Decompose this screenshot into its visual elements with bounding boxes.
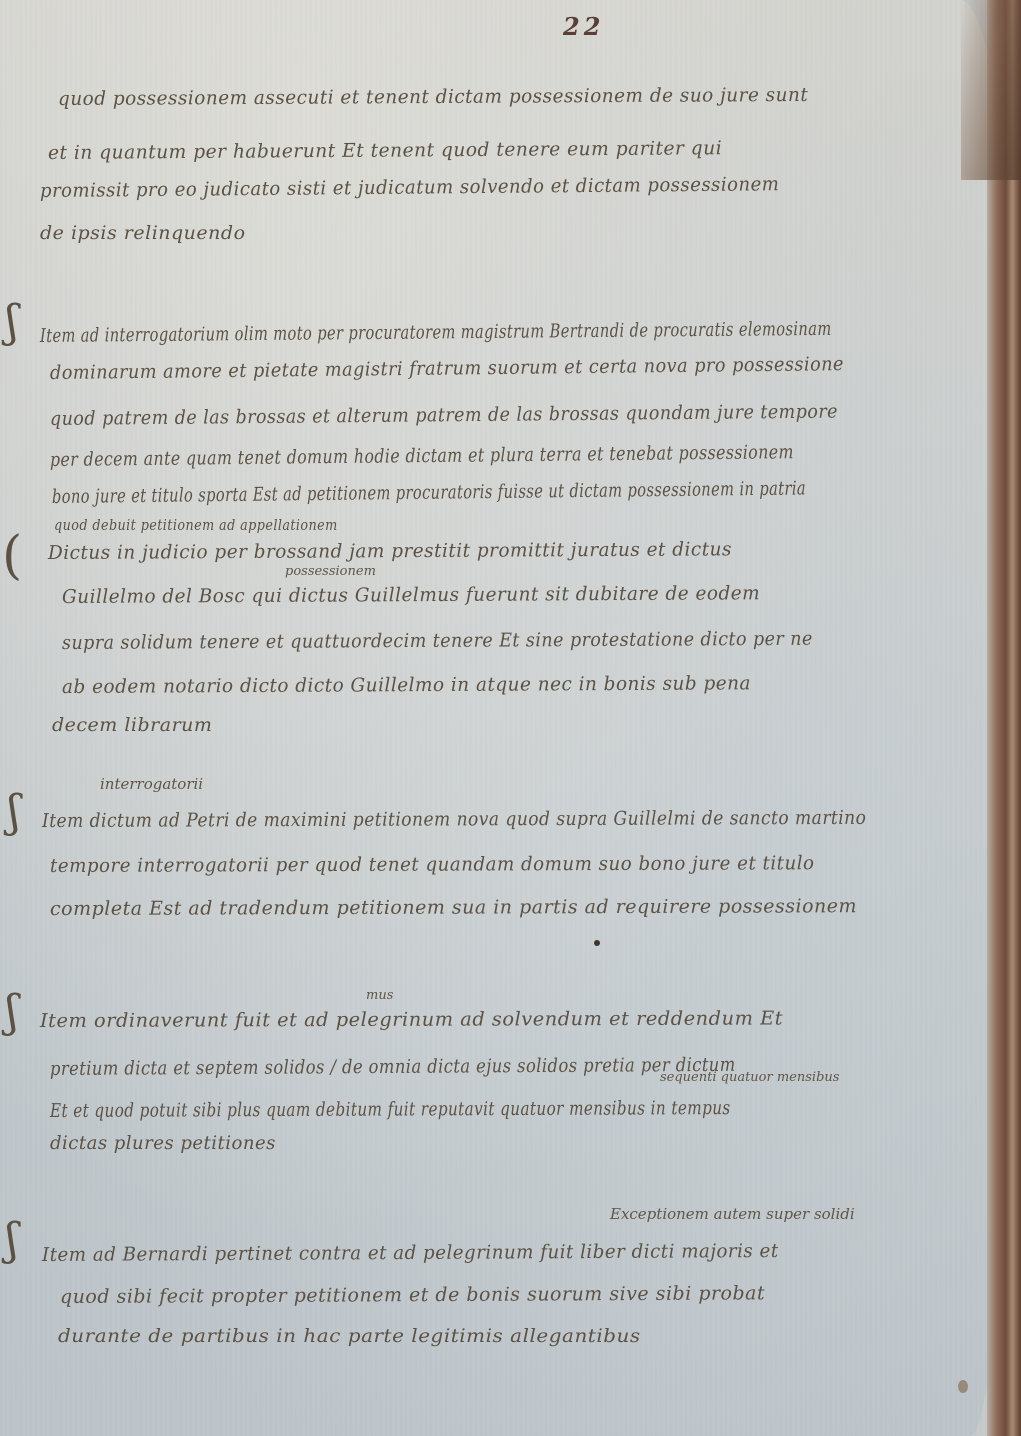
interlinear-gloss: Exceptionem autem super solidi: [610, 1205, 855, 1223]
interlinear-gloss: possessionem: [285, 564, 376, 579]
interlinear-gloss: interrogatorii: [100, 775, 203, 793]
interlinear-correction: sequenti quatuor mensibus: [660, 1070, 839, 1085]
paragraph-line: completa Est ad tradendum petitionem sua…: [50, 895, 857, 920]
paragraph-line: Item ad Bernardi pertinet contra et ad p…: [42, 1240, 779, 1266]
paragraph-line: decem librarum: [52, 714, 212, 736]
ink-dot: [594, 940, 600, 946]
paragraph-line: Dictus in judicio per brossand jam prest…: [48, 538, 732, 564]
bracket-mark-icon: (: [2, 530, 22, 582]
paragraph-line: tempore interrogatorii per quod tenet qu…: [50, 852, 815, 877]
paragraph-line: de ipsis relinquendo: [40, 222, 246, 244]
paragraph-line: Et et quod potuit sibi plus quam debitum…: [50, 1097, 731, 1122]
page-edge-shadow: [961, 0, 1021, 180]
paragraph-line: quod debuit petitionem ad appellationem: [54, 516, 338, 534]
paragraph-line: ab eodem notario dicto dicto Guillelmo i…: [62, 672, 751, 698]
paragraph-line: dictas plures petitiones: [50, 1132, 276, 1154]
paragraph-line: durante de partibus in hac parte legitim…: [58, 1325, 641, 1347]
paragraph-line: quod possessionem assecuti et tenent dic…: [58, 84, 808, 110]
ink-stain: [958, 1380, 968, 1393]
paragraph-line: pretium dicta et septem solidos / de omn…: [50, 1054, 736, 1080]
paragraph-mark-icon: ʃ: [6, 300, 18, 344]
paragraph-line: Item ordinaverunt fuit et ad pelegrinum …: [40, 1007, 783, 1032]
paragraph-line: supra solidum tenere et quattuordecim te…: [62, 628, 813, 654]
paragraph-line: quod sibi fecit propter petitionem et de…: [60, 1282, 765, 1308]
paragraph-line: Item dictum ad Petri de maximini petitio…: [42, 807, 866, 832]
paragraph-mark-icon: ʃ: [6, 990, 18, 1034]
paragraph-mark-icon: ʃ: [6, 1218, 18, 1262]
interlinear-gloss: mus: [366, 988, 393, 1003]
folio-number: 22: [563, 12, 604, 41]
page-edge: [987, 0, 1021, 1436]
paragraph-mark-icon: ʃ: [8, 790, 20, 834]
paragraph-line: Guillelmo del Bosc qui dictus Guillelmus…: [62, 582, 760, 608]
